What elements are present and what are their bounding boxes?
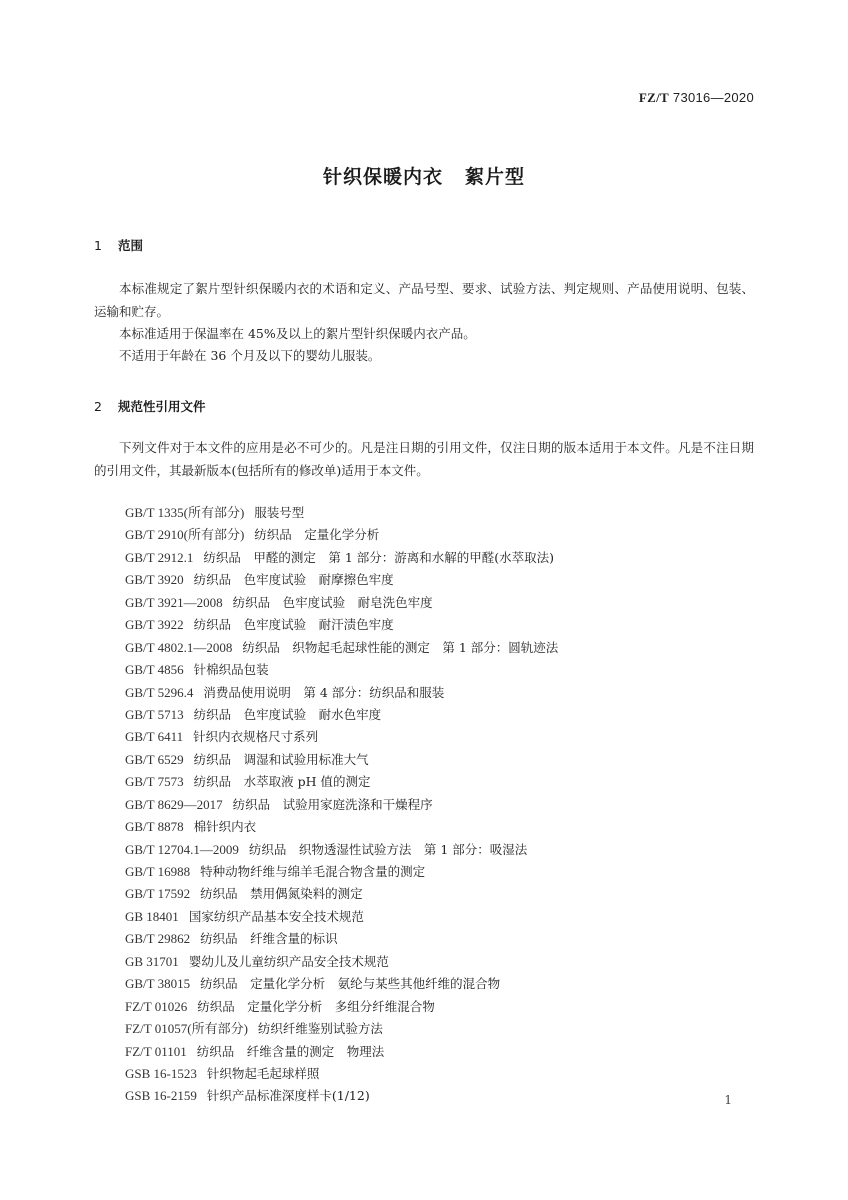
reference-title: 纺织品 定量化学分析 多组分纤维混合物 bbox=[197, 999, 435, 1014]
reference-code: GB/T 6411 bbox=[125, 729, 183, 744]
reference-item: GB 31701婴幼儿及儿童纺织产品安全技术规范 bbox=[125, 951, 558, 973]
reference-title: 棉针织内衣 bbox=[194, 819, 257, 834]
reference-item: FZ/T 01057(所有部分)纺织纤维鉴别试验方法 bbox=[125, 1018, 558, 1040]
reference-title: 针织产品标准深度样卡(1/12) bbox=[207, 1088, 370, 1103]
reference-code: GB 31701 bbox=[125, 954, 179, 969]
reference-code: GB/T 6529 bbox=[125, 752, 184, 767]
reference-title: 纺织品 纤维含量的测定 物理法 bbox=[197, 1044, 385, 1059]
reference-title: 纺织品 定量化学分析 bbox=[254, 527, 379, 542]
standard-code: FZ/T 73016—2020 bbox=[639, 90, 754, 106]
section-2-heading: 2规范性引用文件 bbox=[94, 397, 206, 415]
reference-code: GB/T 3921—2008 bbox=[125, 595, 223, 610]
reference-title: 国家纺织产品基本安全技术规范 bbox=[189, 909, 364, 924]
title-main: 针织保暖内衣 bbox=[323, 166, 443, 188]
reference-code: GB 18401 bbox=[125, 909, 179, 924]
section-number: 2 bbox=[94, 399, 118, 414]
reference-item: GB/T 8629—2017纺织品 试验用家庭洗涤和干燥程序 bbox=[125, 794, 558, 816]
document-page: FZ/T 73016—2020 针织保暖内衣絮片型 1范围 本标准规定了絮片型针… bbox=[0, 0, 848, 1200]
reference-item: GB/T 29862纺织品 纤维含量的标识 bbox=[125, 928, 558, 950]
reference-item: GB/T 17592纺织品 禁用偶氮染料的测定 bbox=[125, 883, 558, 905]
reference-item: GB/T 1335(所有部分)服装号型 bbox=[125, 502, 558, 524]
reference-code: FZ/T 01057(所有部分) bbox=[125, 1021, 248, 1036]
reference-code: GB/T 5296.4 bbox=[125, 685, 193, 700]
reference-title: 纺织品 水萃取液 pH 值的测定 bbox=[194, 774, 371, 789]
reference-title: 纺织品 定量化学分析 氨纶与某些其他纤维的混合物 bbox=[200, 976, 500, 991]
reference-code: GB/T 2910(所有部分) bbox=[125, 527, 244, 542]
reference-title: 纺织品 色牢度试验 耐汗渍色牢度 bbox=[194, 617, 394, 632]
reference-item: GSB 16-2159针织产品标准深度样卡(1/12) bbox=[125, 1085, 558, 1107]
reference-title: 针织内衣规格尺寸系列 bbox=[193, 729, 318, 744]
reference-item: GB/T 5713纺织品 色牢度试验 耐水色牢度 bbox=[125, 704, 558, 726]
reference-item: GB/T 2910(所有部分)纺织品 定量化学分析 bbox=[125, 524, 558, 546]
standard-number: 73016—2020 bbox=[673, 90, 754, 105]
reference-item: FZ/T 01026纺织品 定量化学分析 多组分纤维混合物 bbox=[125, 996, 558, 1018]
section-1-heading: 1范围 bbox=[94, 236, 143, 254]
reference-title: 纺织品 织物起毛起球性能的测定 第 1 部分：圆轨迹法 bbox=[242, 640, 558, 655]
reference-item: GB 18401国家纺织产品基本安全技术规范 bbox=[125, 906, 558, 928]
document-title: 针织保暖内衣絮片型 bbox=[0, 162, 848, 189]
reference-title: 服装号型 bbox=[254, 505, 304, 520]
scope-paragraph-2: 本标准适用于保温率在 45%及以上的絮片型针织保暖内衣产品。 bbox=[94, 323, 754, 346]
normative-references-list: GB/T 1335(所有部分)服装号型 GB/T 2910(所有部分)纺织品 定… bbox=[125, 502, 558, 1108]
scope-paragraph-1: 本标准规定了絮片型针织保暖内衣的术语和定义、产品号型、要求、试验方法、判定规则、… bbox=[94, 278, 754, 323]
reference-title: 纺织品 色牢度试验 耐摩擦色牢度 bbox=[194, 572, 394, 587]
section-title: 规范性引用文件 bbox=[118, 399, 206, 414]
reference-title: 纺织品 织物透湿性试验方法 第 1 部分：吸湿法 bbox=[249, 842, 527, 857]
reference-code: GB/T 2912.1 bbox=[125, 550, 193, 565]
reference-title: 针织物起毛起球样照 bbox=[207, 1066, 320, 1081]
standard-prefix: FZ/T bbox=[639, 90, 669, 105]
reference-code: GB/T 1335(所有部分) bbox=[125, 505, 244, 520]
reference-title: 纺织品 色牢度试验 耐水色牢度 bbox=[194, 707, 382, 722]
reference-item: GB/T 3920纺织品 色牢度试验 耐摩擦色牢度 bbox=[125, 569, 558, 591]
reference-item: GB/T 6529纺织品 调湿和试验用标准大气 bbox=[125, 749, 558, 771]
reference-code: GB/T 4856 bbox=[125, 662, 184, 677]
reference-item: GB/T 4856针棉织品包装 bbox=[125, 659, 558, 681]
reference-item: GB/T 3922纺织品 色牢度试验 耐汗渍色牢度 bbox=[125, 614, 558, 636]
reference-code: FZ/T 01101 bbox=[125, 1044, 187, 1059]
reference-item: FZ/T 01101纺织品 纤维含量的测定 物理法 bbox=[125, 1041, 558, 1063]
reference-title: 消费品使用说明 第 4 部分：纺织品和服装 bbox=[203, 685, 444, 700]
reference-code: GB/T 7573 bbox=[125, 774, 184, 789]
reference-item: GB/T 2912.1纺织品 甲醛的测定 第 1 部分：游离和水解的甲醛(水萃取… bbox=[125, 547, 558, 569]
reference-item: GB/T 7573纺织品 水萃取液 pH 值的测定 bbox=[125, 771, 558, 793]
reference-title: 纺织纤维鉴别试验方法 bbox=[258, 1021, 383, 1036]
reference-code: GB/T 3922 bbox=[125, 617, 184, 632]
reference-code: GB/T 38015 bbox=[125, 976, 190, 991]
reference-title: 纺织品 色牢度试验 耐皂洗色牢度 bbox=[233, 595, 433, 610]
reference-code: GB/T 5713 bbox=[125, 707, 184, 722]
reference-code: GB/T 8629—2017 bbox=[125, 797, 223, 812]
reference-code: GB/T 16988 bbox=[125, 864, 190, 879]
reference-code: GB/T 17592 bbox=[125, 886, 190, 901]
page-number: 1 bbox=[724, 1093, 732, 1107]
scope-paragraph-3: 不适用于年龄在 36 个月及以下的婴幼儿服装。 bbox=[94, 345, 754, 368]
reference-item: GB/T 12704.1—2009纺织品 织物透湿性试验方法 第 1 部分：吸湿… bbox=[125, 839, 558, 861]
reference-item: GB/T 4802.1—2008纺织品 织物起毛起球性能的测定 第 1 部分：圆… bbox=[125, 637, 558, 659]
reference-title: 婴幼儿及儿童纺织产品安全技术规范 bbox=[189, 954, 389, 969]
references-intro-paragraph: 下列文件对于本文件的应用是必不可少的。凡是注日期的引用文件，仅注日期的版本适用于… bbox=[94, 437, 754, 482]
reference-item: GB/T 16988特种动物纤维与绵羊毛混合物含量的测定 bbox=[125, 861, 558, 883]
reference-item: GB/T 38015纺织品 定量化学分析 氨纶与某些其他纤维的混合物 bbox=[125, 973, 558, 995]
reference-title: 纺织品 禁用偶氮染料的测定 bbox=[200, 886, 363, 901]
reference-code: GB/T 8878 bbox=[125, 819, 184, 834]
reference-item: GSB 16-1523针织物起毛起球样照 bbox=[125, 1063, 558, 1085]
reference-title: 纺织品 试验用家庭洗涤和干燥程序 bbox=[233, 797, 433, 812]
reference-title: 针棉织品包装 bbox=[194, 662, 269, 677]
reference-code: FZ/T 01026 bbox=[125, 999, 187, 1014]
reference-code: GB/T 4802.1—2008 bbox=[125, 640, 232, 655]
section-number: 1 bbox=[94, 238, 118, 253]
reference-code: GB/T 12704.1—2009 bbox=[125, 842, 239, 857]
reference-code: GSB 16-1523 bbox=[125, 1066, 197, 1081]
reference-title: 纺织品 调湿和试验用标准大气 bbox=[194, 752, 369, 767]
reference-item: GB/T 6411针织内衣规格尺寸系列 bbox=[125, 726, 558, 748]
reference-item: GB/T 8878棉针织内衣 bbox=[125, 816, 558, 838]
reference-item: GB/T 3921—2008纺织品 色牢度试验 耐皂洗色牢度 bbox=[125, 592, 558, 614]
reference-item: GB/T 5296.4消费品使用说明 第 4 部分：纺织品和服装 bbox=[125, 682, 558, 704]
reference-title: 纺织品 甲醛的测定 第 1 部分：游离和水解的甲醛(水萃取法) bbox=[203, 550, 554, 565]
reference-title: 纺织品 纤维含量的标识 bbox=[200, 931, 338, 946]
section-title: 范围 bbox=[118, 238, 143, 253]
reference-code: GB/T 29862 bbox=[125, 931, 190, 946]
reference-code: GSB 16-2159 bbox=[125, 1088, 197, 1103]
title-sub: 絮片型 bbox=[465, 166, 525, 188]
reference-code: GB/T 3920 bbox=[125, 572, 184, 587]
reference-title: 特种动物纤维与绵羊毛混合物含量的测定 bbox=[200, 864, 425, 879]
